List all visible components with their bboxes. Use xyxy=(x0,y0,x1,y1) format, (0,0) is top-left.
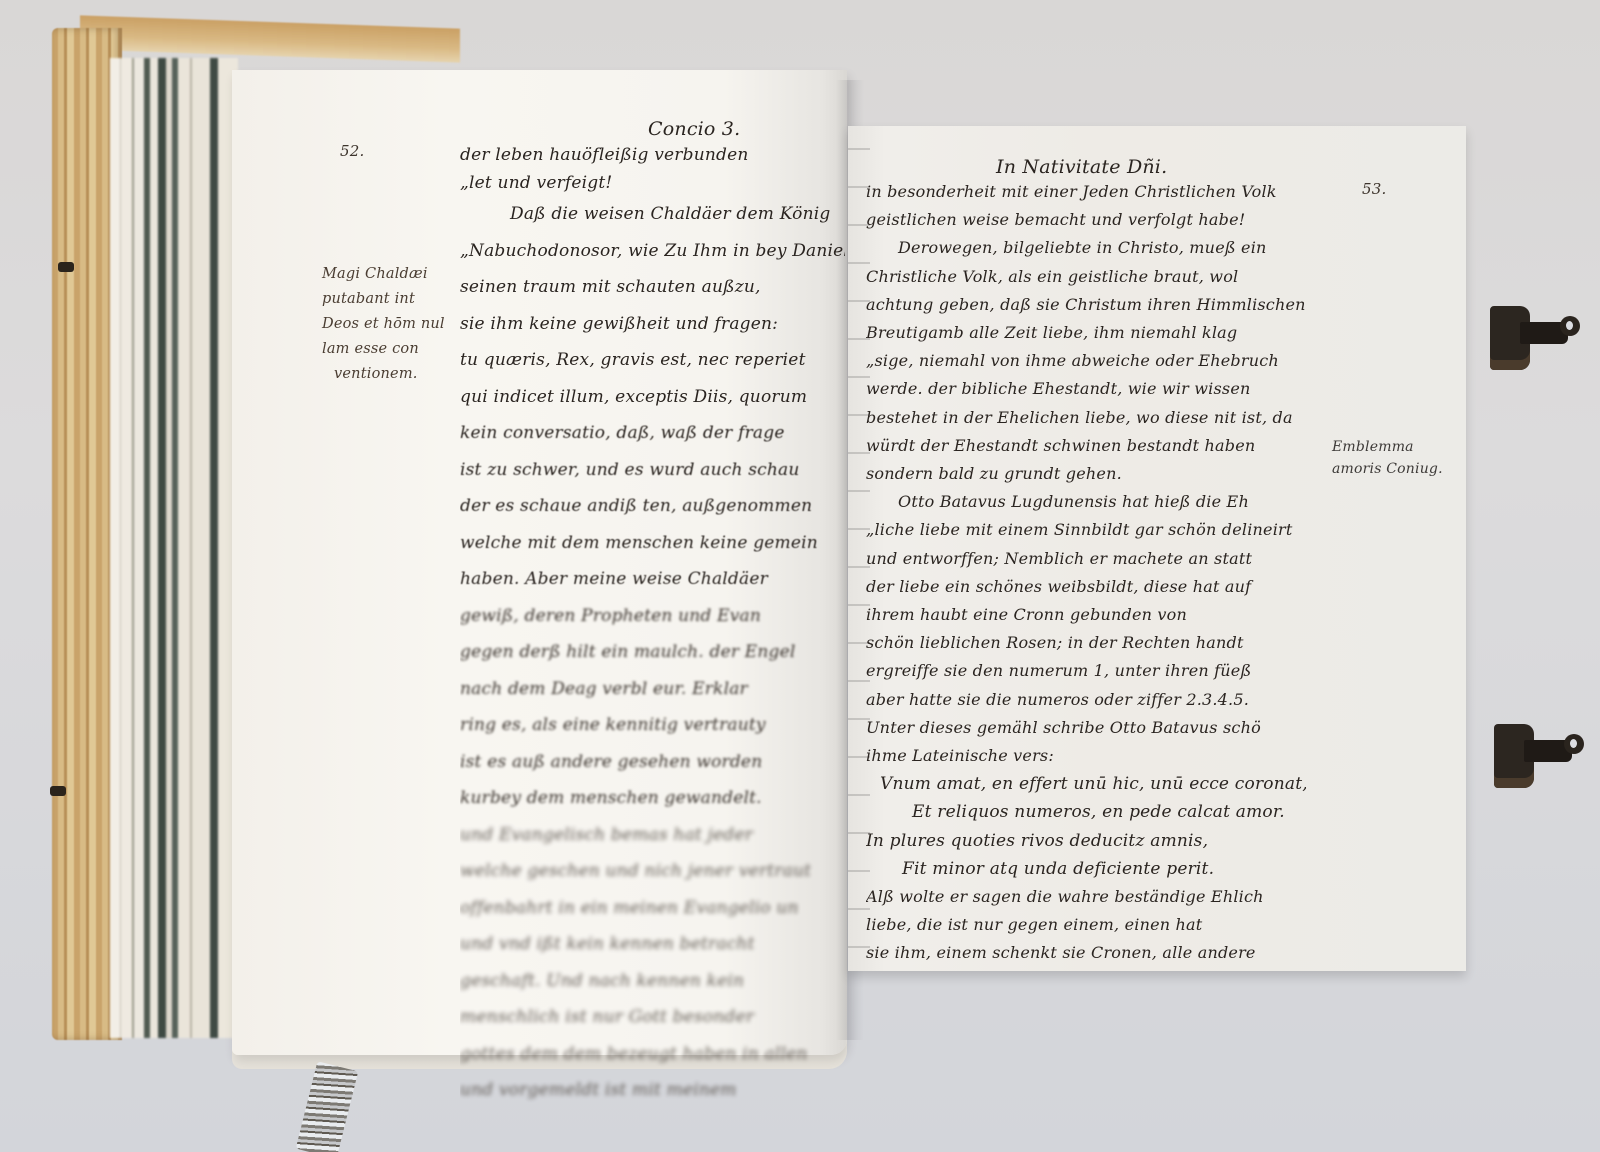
page-stack-fore-edge xyxy=(110,58,238,1038)
margin-note-line: Deos et hōm nul xyxy=(322,312,445,337)
text-line: kurbey dem menschen gewandelt. xyxy=(460,780,845,817)
text-line: werde. der bibliche Ehestandt, wie wir w… xyxy=(866,375,1306,403)
right-page-heading: In Nativitate Dñi. xyxy=(996,156,1167,178)
left-margin-note: Magi Chaldæi putabant int Deos et hōm nu… xyxy=(322,262,445,387)
brass-clasp-icon xyxy=(1490,306,1582,370)
text-line: geschaft. Und nach kennen kein xyxy=(460,963,845,1000)
left-folio-number: 52. xyxy=(340,142,364,160)
text-line: Christliche Volk, als ein geistliche bra… xyxy=(866,263,1306,291)
text-line: geistlichen weise bemacht und verfolgt h… xyxy=(866,206,1306,234)
photo-scene: 52. Concio 3. Magi Chaldæi putabant int … xyxy=(0,0,1600,1152)
text-line: und Evangelisch bemas hat jeder xyxy=(460,817,845,854)
text-line: und vorgemeldt ist mit meinem xyxy=(460,1072,845,1109)
right-folio-number: 53. xyxy=(1362,180,1386,198)
latin-verse: Et reliquos numeros, en pede calcat amor… xyxy=(866,798,1306,826)
text-line: der liebe ein schönes weibsbildt, diese … xyxy=(866,573,1306,601)
latin-verse: In plures quoties rivos deducitz amnis, xyxy=(866,827,1306,855)
brass-clasp-icon xyxy=(1494,724,1586,788)
margin-note-line: ventionem. xyxy=(322,362,445,387)
text-line: ergreiffe sie den numerum 1, unter ihren… xyxy=(866,657,1306,685)
text-line: sondern bald zu grundt gehen. xyxy=(866,460,1306,488)
text-line: in besonderheit mit einer Jeden Christli… xyxy=(866,178,1306,206)
text-line: offenbahrt in ein meinen Evangelio un xyxy=(460,890,845,927)
text-line: und vnd ißt kein kennen betracht xyxy=(460,926,845,963)
latin-verse: Fit minor atq unda deficiente perit. xyxy=(866,855,1306,883)
text-line: qui indicet illum, exceptis Diis, quorum xyxy=(460,379,845,416)
text-line: nach dem Deag verbl eur. Erklar xyxy=(460,671,845,708)
margin-note-line: Magi Chaldæi xyxy=(322,262,445,287)
text-line: würdt der Ehestandt schwinen bestandt ha… xyxy=(866,432,1306,460)
text-line: ist zu schwer, und es wurd auch schau xyxy=(460,452,845,489)
text-line: menschlich ist nur Gott besonder xyxy=(460,999,845,1036)
margin-note-line: Emblemma xyxy=(1332,436,1443,458)
text-line: haben. Aber meine weise Chaldäer xyxy=(460,561,845,598)
left-page-heading: Concio 3. xyxy=(648,118,740,140)
text-line: seinen traum mit schauten außzu, xyxy=(460,269,845,306)
margin-note-line: amoris Coniug. xyxy=(1332,458,1443,480)
text-line: „let und verfeigt! xyxy=(460,170,845,196)
right-page-text: in besonderheit mit einer Jeden Christli… xyxy=(866,178,1306,968)
text-line: der es schaue andiß ten, außgenommen xyxy=(460,488,845,525)
text-line: und entworffen; Nemblich er machete an s… xyxy=(866,545,1306,573)
margin-note-line: lam esse con xyxy=(322,337,445,362)
text-line: welche mit dem menschen keine gemein xyxy=(460,525,845,562)
right-margin-note: Emblemma amoris Coniug. xyxy=(1332,436,1443,480)
text-line: aber hatte sie die numeros oder ziffer 2… xyxy=(866,686,1306,714)
text-line: gegen derß hilt ein maulch. der Engel xyxy=(460,634,845,671)
text-line: gewiß, deren Propheten und Evan xyxy=(460,598,845,635)
left-page-text: der leben hauöfleißig verbunden „let und… xyxy=(460,140,845,1109)
text-line: Unter dieses gemähl schribe Otto Batavus… xyxy=(866,714,1306,742)
text-line: liebe, die ist nur gegen einem, einen ha… xyxy=(866,911,1306,939)
text-line: kein conversatio, daß, waß der frage xyxy=(460,415,845,452)
text-line: Otto Batavus Lugdunensis hat hieß die Eh xyxy=(866,488,1306,516)
margin-note-line: putabant int xyxy=(322,287,445,312)
text-line: schön lieblichen Rosen; in der Rechten h… xyxy=(866,629,1306,657)
text-line: ihrem haubt eine Cronn gebunden von xyxy=(866,601,1306,629)
text-line: ist es auß andere gesehen worden xyxy=(460,744,845,781)
text-line: achtung geben, daß sie Christum ihren Hi… xyxy=(866,291,1306,319)
text-line: „liche liebe mit einem Sinnbildt gar sch… xyxy=(866,516,1306,544)
clasp-stub-icon xyxy=(58,262,74,272)
bookmark-ribbon xyxy=(296,1061,359,1152)
text-line: gottes dem dem bezeugt haben in allen xyxy=(460,1036,845,1073)
text-line: Derowegen, bilgeliebte in Christo, mueß … xyxy=(866,234,1306,262)
text-line: „sige, niemahl von ihme abweiche oder Eh… xyxy=(866,347,1306,375)
latin-verse: Vnum amat, en effert unū hic, unū ecce c… xyxy=(866,770,1306,798)
text-line: Alß wolte er sagen die wahre beständige … xyxy=(866,883,1306,911)
text-line: sie ihm keine gewißheit und fragen: xyxy=(460,306,845,343)
text-line: Daß die weisen Chaldäer dem König xyxy=(460,196,845,233)
text-line: bestehet in der Ehelichen liebe, wo dies… xyxy=(866,404,1306,432)
text-line: ring es, als eine kennitig vertrauty xyxy=(460,707,845,744)
text-line: sie ihm, einem schenkt sie Cronen, alle … xyxy=(866,939,1306,967)
text-line: „Nabuchodonosor, wie Zu Ihm in bey Danie… xyxy=(460,233,845,270)
text-line: Breutigamb alle Zeit liebe, ihm niemahl … xyxy=(866,319,1306,347)
text-line: ihme Lateinische vers: xyxy=(866,742,1306,770)
text-line: tu quæris, Rex, gravis est, nec reperiet xyxy=(460,342,845,379)
clasp-stub-icon xyxy=(50,786,66,796)
vellum-cover-top xyxy=(80,15,460,62)
text-line: welche geschen und nich jener vertraut xyxy=(460,853,845,890)
text-line: der leben hauöfleißig verbunden xyxy=(460,140,845,170)
